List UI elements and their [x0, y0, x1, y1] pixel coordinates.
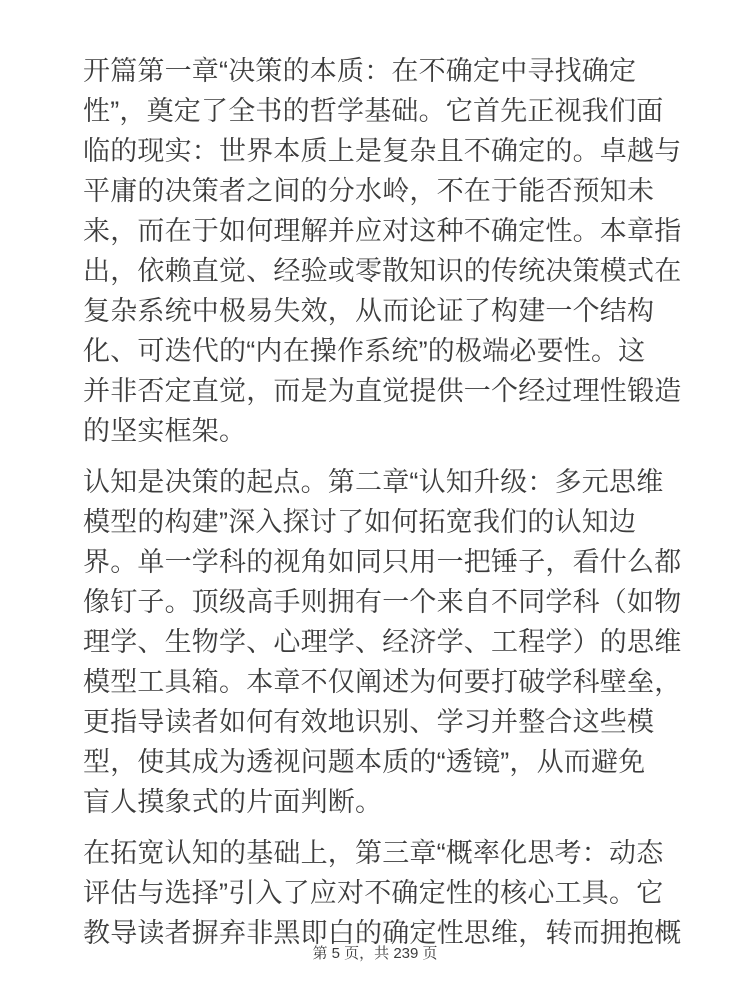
text-line: 开篇第一章“决策的本质：在不确定中寻找确定: [83, 51, 683, 91]
paragraph-3: 在拓宽认知的基础上，第三章“概率化思考：动态 评估与选择”引入了应对不确定性的核…: [83, 833, 683, 953]
text-line: 理学、生物学、心理学、经济学、工程学）的思维: [83, 622, 683, 662]
text-line: 平庸的决策者之间的分水岭，不在于能否预知未: [83, 171, 683, 211]
page-number-footer: 第 5 页，共 239 页: [0, 944, 750, 964]
text-line: 像钉子。顶级高手则拥有一个来自不同学科（如物: [83, 582, 683, 622]
text-line: 化、可迭代的“内在操作系统”的极端必要性。这: [83, 331, 683, 371]
text-line: 的坚实框架。: [83, 411, 683, 451]
text-line: 临的现实：世界本质上是复杂且不确定的。卓越与: [83, 131, 683, 171]
text-line: 并非否定直觉，而是为直觉提供一个经过理性锻造: [83, 371, 683, 411]
text-line: 认知是决策的起点。第二章“认知升级：多元思维: [83, 462, 683, 502]
document-content: 开篇第一章“决策的本质：在不确定中寻找确定 性”，奠定了全书的哲学基础。它首先正…: [83, 51, 683, 964]
text-line: 出，依赖直觉、经验或零散知识的传统决策模式在: [83, 251, 683, 291]
text-line: 模型工具箱。本章不仅阐述为何要打破学科壁垒，: [83, 662, 683, 702]
text-line: 来，而在于如何理解并应对这种不确定性。本章指: [83, 211, 683, 251]
text-line: 性”，奠定了全书的哲学基础。它首先正视我们面: [83, 91, 683, 131]
text-line: 模型的构建”深入探讨了如何拓宽我们的认知边: [83, 502, 683, 542]
text-line: 复杂系统中极易失效，从而论证了构建一个结构: [83, 291, 683, 331]
text-line: 界。单一学科的视角如同只用一把锤子，看什么都: [83, 542, 683, 582]
text-line: 型，使其成为透视问题本质的“透镜”，从而避免: [83, 742, 683, 782]
text-line: 在拓宽认知的基础上，第三章“概率化思考：动态: [83, 833, 683, 873]
text-line: 盲人摸象式的片面判断。: [83, 782, 683, 822]
paragraph-2: 认知是决策的起点。第二章“认知升级：多元思维 模型的构建”深入探讨了如何拓宽我们…: [83, 462, 683, 822]
text-line: 更指导读者如何有效地识别、学习并整合这些模: [83, 702, 683, 742]
text-line: 评估与选择”引入了应对不确定性的核心工具。它: [83, 873, 683, 913]
paragraph-1: 开篇第一章“决策的本质：在不确定中寻找确定 性”，奠定了全书的哲学基础。它首先正…: [83, 51, 683, 451]
